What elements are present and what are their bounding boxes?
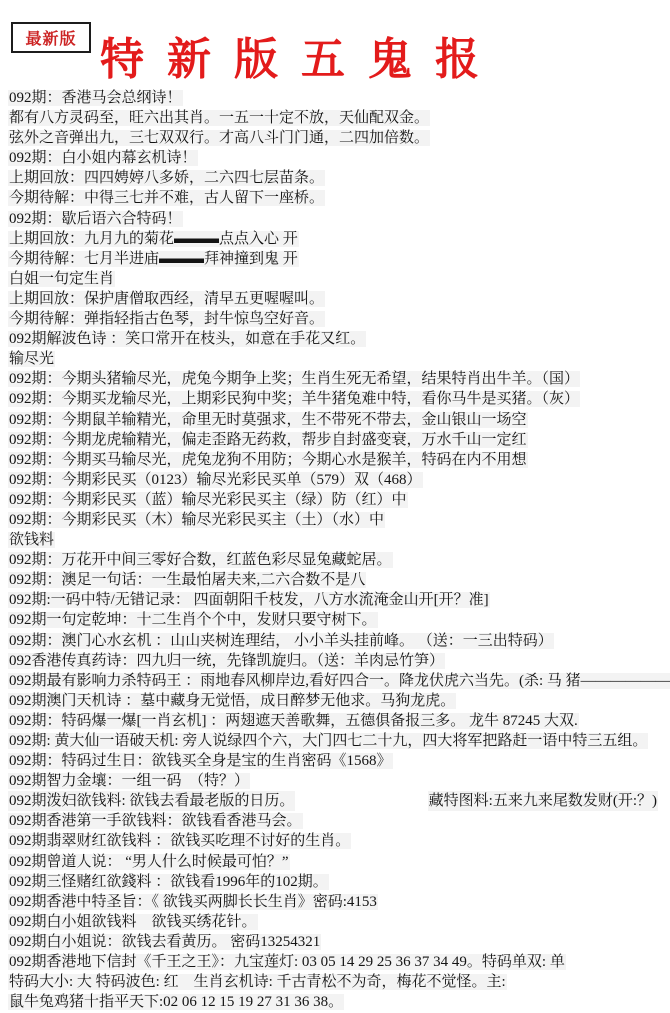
line-text: 弦外之音弹出九，三七双双行。才高八斗门门通，二四加倍数。 [8,130,430,146]
text-line: 092期：今期彩民买（木）输尽光彩民买主（土）（水）中 [8,510,664,530]
text-line: 今期待解：弹指轻指古色琴，封牛惊鸟空好音。 [8,309,664,329]
line-text: 今期待解：七月半进庙▬▬▬拜神撞到鬼 开 [8,251,299,267]
text-line: 092期解波色诗 ：笑口常开在枝头，如意在手花又红。 [8,329,664,349]
text-line: 092期最有影响力杀特码王 ：雨地春风柳岸边,看好四合一。降龙伏虎六当先。(杀:… [8,671,664,691]
text-line: 092香港传真药诗：四九归一统，先锋凯旋归。（送：羊肉忌竹笋） [8,651,664,671]
text-line: 今期待解：中得三七并不难，古人留下一座桥。 [8,188,664,208]
line-text: 092期：万花开中间三零好合数，红蓝色彩尽显兔藏蛇居。 [8,552,393,568]
text-line: 092期:一码中特/无错记录： 四面朝阳千枝发，八方水流淹金山开[开？准] [8,590,664,610]
line-text-right: 藏特图料:五来九来尾数发财(开:？) [428,791,658,811]
line-text: 092期：今期买龙输尽光，上期彩民狗中奖；羊牛猪兔难中特，看你马牛是买猪。（灰） [8,391,580,407]
text-line: 092期：香港马会总纲诗！ [8,88,664,108]
text-line: 上期回放：九月九的菊花▬▬▬点点入心 开 [8,229,664,249]
line-text: 092期：今期鼠羊输精光，命里无时莫强求，生不带死不带去，金山银山一场空 [8,412,528,428]
line-text: 092期：今期买马输尽光，虎兔龙狗不用防；今期心水是猴羊，特码在内不用想 [8,452,528,468]
text-line: 092期三怪赌红欲錢料 ：欲钱看1996年的102期。 [8,872,664,892]
line-text: 092期澳门天机诗 ：墓中藏身无觉悟，成日醉梦无他求。马狗龙虎。 [8,693,456,709]
line-text: 092期：特码爆一爆[一肖玄机] ：两翅遮天善歌舞，五德俱备报三多。 龙牛 87… [8,713,579,729]
line-text: 092期解波色诗 ：笑口常开在枝头，如意在手花又红。 [8,331,366,347]
line-text: 092期智力金壤：一组一码 （特？） [8,773,250,789]
text-line: 092期白小姐说：欲钱去看黄历。 密码13254321 [8,932,664,952]
line-text: 上期回放：四四娉婷八多娇，二六四七层苗条。 [8,170,325,186]
text-line: 092期翡翠财红欲钱料 ：欲钱买吃理不讨好的生肖。 [8,831,664,851]
line-text: 092期：白小姐内幕玄机诗！ [8,150,198,166]
text-line: 092期香港地下信封《千王之王》：九宝莲灯: 03 05 14 29 25 36… [8,952,664,972]
text-line: 092期：今期鼠羊输精光，命里无时莫强求，生不带死不带去，金山银山一场空 [8,410,664,430]
line-text: 092期：歇后语六合特码！ [8,211,183,227]
text-line: 092期：特码过生日：欲钱买全身是宝的生肖密码《1568》 [8,751,664,771]
line-text: 092期香港中特圣旨：《 欲钱买两脚长长生肖》密码:4153 [8,894,378,910]
text-line: 092期智力金壤：一组一码 （特？） [8,771,664,791]
text-line: 092期：今期买龙输尽光，上期彩民狗中奖；羊牛猪兔难中特，看你马牛是买猪。（灰） [8,389,664,409]
text-line: 输尽光 [8,349,664,369]
lottery-tip-sheet: 最新版 特新版五鬼报 092期：香港马会总纲诗！都有八方灵码至，旺六出其肖。一五… [0,0,670,1013]
text-line: 092期：万花开中间三零好合数，红蓝色彩尽显兔藏蛇居。 [8,550,664,570]
text-line: 092期：今期彩民买（蓝）输尽光彩民买主（绿）防（红）中 [8,490,664,510]
text-line: 092期：今期买马输尽光，虎兔龙狗不用防；今期心水是猴羊，特码在内不用想 [8,450,664,470]
line-text: 鼠牛兔鸡猪十指平天下:02 06 12 15 19 27 31 36 38。 [8,994,344,1010]
text-line: 欲钱料 [8,530,664,550]
text-line: 092期：特码爆一爆[一肖玄机] ：两翅遮天善歌舞，五德俱备报三多。 龙牛 87… [8,711,664,731]
text-line: 092期: 黄大仙一语破天机: 旁人说绿四个六，大门四七二十九，四大将军把路赶一… [8,731,664,751]
line-text: 092期：澳足一句话：一生最怕屠夫来,二六合数不是八 [8,572,366,588]
text-line: 白姐一句定生肖 [8,269,664,289]
text-line: 特码大小: 大 特码波色: 红 生肖玄机诗: 千古青松不为奇，梅花不觉怪。主: [8,972,664,992]
line-text: 092期白小姐说：欲钱去看黄历。 密码13254321 [8,934,321,950]
line-text: 092期: 黄大仙一语破天机: 旁人说绿四个六，大门四七二十九，四大将军把路赶一… [8,733,648,749]
line-text: 092期：今期彩民买（木）输尽光彩民买主（土）（水）中 [8,512,385,528]
line-text: 都有八方灵码至，旺六出其肖。一五一十定不放，天仙配双金。 [8,110,430,126]
text-line: 092期：今期龙虎输精光，偏走歪路无药救，帮步自封盛变衰，万水千山一定红 [8,430,664,450]
page-title: 特新版五鬼报 [100,36,502,84]
text-line: 092期：歇后语六合特码！ [8,209,664,229]
text-line: 092期白小姐欲钱料 欲钱买绣花针。 [8,912,664,932]
text-line: 092期香港中特圣旨：《 欲钱买两脚长长生肖》密码:4153 [8,892,664,912]
line-text: 092期一句定乾坤：十二生肖个个中，发财只要守树下。 [8,612,378,628]
line-text: 092期最有影响力杀特码王 ：雨地春风柳岸边,看好四合一。降龙伏虎六当先。(杀:… [8,673,670,689]
text-line: 上期回放：四四娉婷八多娇，二六四七层苗条。 [8,168,664,188]
line-text: 092期：今期彩民买（蓝）输尽光彩民买主（绿）防（红）中 [8,492,408,508]
text-line: 鼠牛兔鸡猪十指平天下:02 06 12 15 19 27 31 36 38。 [8,992,664,1012]
line-text: 欲钱料 [8,532,55,548]
text-line: 092期一句定乾坤：十二生肖个个中，发财只要守树下。 [8,610,664,630]
text-line: 092期：今期彩民买（0123）输尽光彩民买单（579）双（468） [8,470,664,490]
text-line: 092期泼妇欲钱料: 欲钱去看最老版的日历。藏特图料:五来九来尾数发财(开:？) [8,791,664,811]
edition-badge: 最新版 [11,22,91,53]
edition-badge-label: 最新版 [25,26,76,49]
text-line: 上期回放：保护唐僧取西经，清早五更喔喔叫。 [8,289,664,309]
line-text: 092香港传真药诗：四九归一统，先锋凯旋归。（送：羊肉忌竹笋） [8,653,445,669]
text-line: 都有八方灵码至，旺六出其肖。一五一十定不放，天仙配双金。 [8,108,664,128]
line-text: 092期：澳门心水玄机 ：山山夹树连理结， 小小羊头挂前峰。 （送：一三出特码） [8,633,554,649]
line-text: 092期泼妇欲钱料: 欲钱去看最老版的日历。 [8,791,295,811]
text-line: 092期：白小姐内幕玄机诗！ [8,148,664,168]
text-line: 092期曾道人说： “男人什么时候最可怕？” [8,852,664,872]
line-text: 今期待解：弹指轻指古色琴，封牛惊鸟空好音。 [8,311,325,327]
line-text: 上期回放：九月九的菊花▬▬▬点点入心 开 [8,231,299,247]
line-text: 白姐一句定生肖 [8,271,115,287]
line-text: 092期香港第一手欲钱料：欲钱看香港马会。 [8,813,303,829]
line-text: 092期：香港马会总纲诗！ [8,90,183,106]
line-text: 今期待解：中得三七并不难，古人留下一座桥。 [8,190,325,206]
line-text: 092期：特码过生日：欲钱买全身是宝的生肖密码《1568》 [8,753,393,769]
text-lines: 092期：香港马会总纲诗！都有八方灵码至，旺六出其肖。一五一十定不放，天仙配双金… [8,88,664,1012]
line-text: 092期：今期头猪输尽光，虎兔今期争上奖；生肖生死无希望，结果特肖出牛羊。（国） [8,371,580,387]
line-text: 092期三怪赌红欲錢料 ：欲钱看1996年的102期。 [8,874,329,890]
text-line: 092期：今期头猪输尽光，虎兔今期争上奖；生肖生死无希望，结果特肖出牛羊。（国） [8,369,664,389]
text-line: 092期香港第一手欲钱料：欲钱看香港马会。 [8,811,664,831]
text-line: 092期：澳门心水玄机 ：山山夹树连理结， 小小羊头挂前峰。 （送：一三出特码） [8,631,664,651]
line-text: 092期:一码中特/无错记录： 四面朝阳千枝发，八方水流淹金山开[开？准] [8,592,490,608]
line-text: 092期：今期彩民买（0123）输尽光彩民买单（579）双（468） [8,472,423,488]
line-text: 上期回放：保护唐僧取西经，清早五更喔喔叫。 [8,291,325,307]
line-text: 092期曾道人说： “男人什么时候最可怕？” [8,854,290,870]
line-text: 输尽光 [8,351,55,367]
text-line: 092期：澳足一句话：一生最怕屠夫来,二六合数不是八 [8,570,664,590]
line-text: 特码大小: 大 特码波色: 红 生肖玄机诗: 千古青松不为奇，梅花不觉怪。主: [8,974,507,990]
text-line: 今期待解：七月半进庙▬▬▬拜神撞到鬼 开 [8,249,664,269]
line-text: 092期白小姐欲钱料 欲钱买绣花针。 [8,914,258,930]
text-line: 092期澳门天机诗 ：墓中藏身无觉悟，成日醉梦无他求。马狗龙虎。 [8,691,664,711]
line-text: 092期：今期龙虎输精光，偏走歪路无药救，帮步自封盛变衰，万水千山一定红 [8,432,528,448]
text-line: 弦外之音弹出九，三七双双行。才高八斗门门通，二四加倍数。 [8,128,664,148]
line-text: 092期香港地下信封《千王之王》：九宝莲灯: 03 05 14 29 25 36… [8,954,566,970]
line-text: 092期翡翠财红欲钱料 ：欲钱买吃理不讨好的生肖。 [8,833,351,849]
